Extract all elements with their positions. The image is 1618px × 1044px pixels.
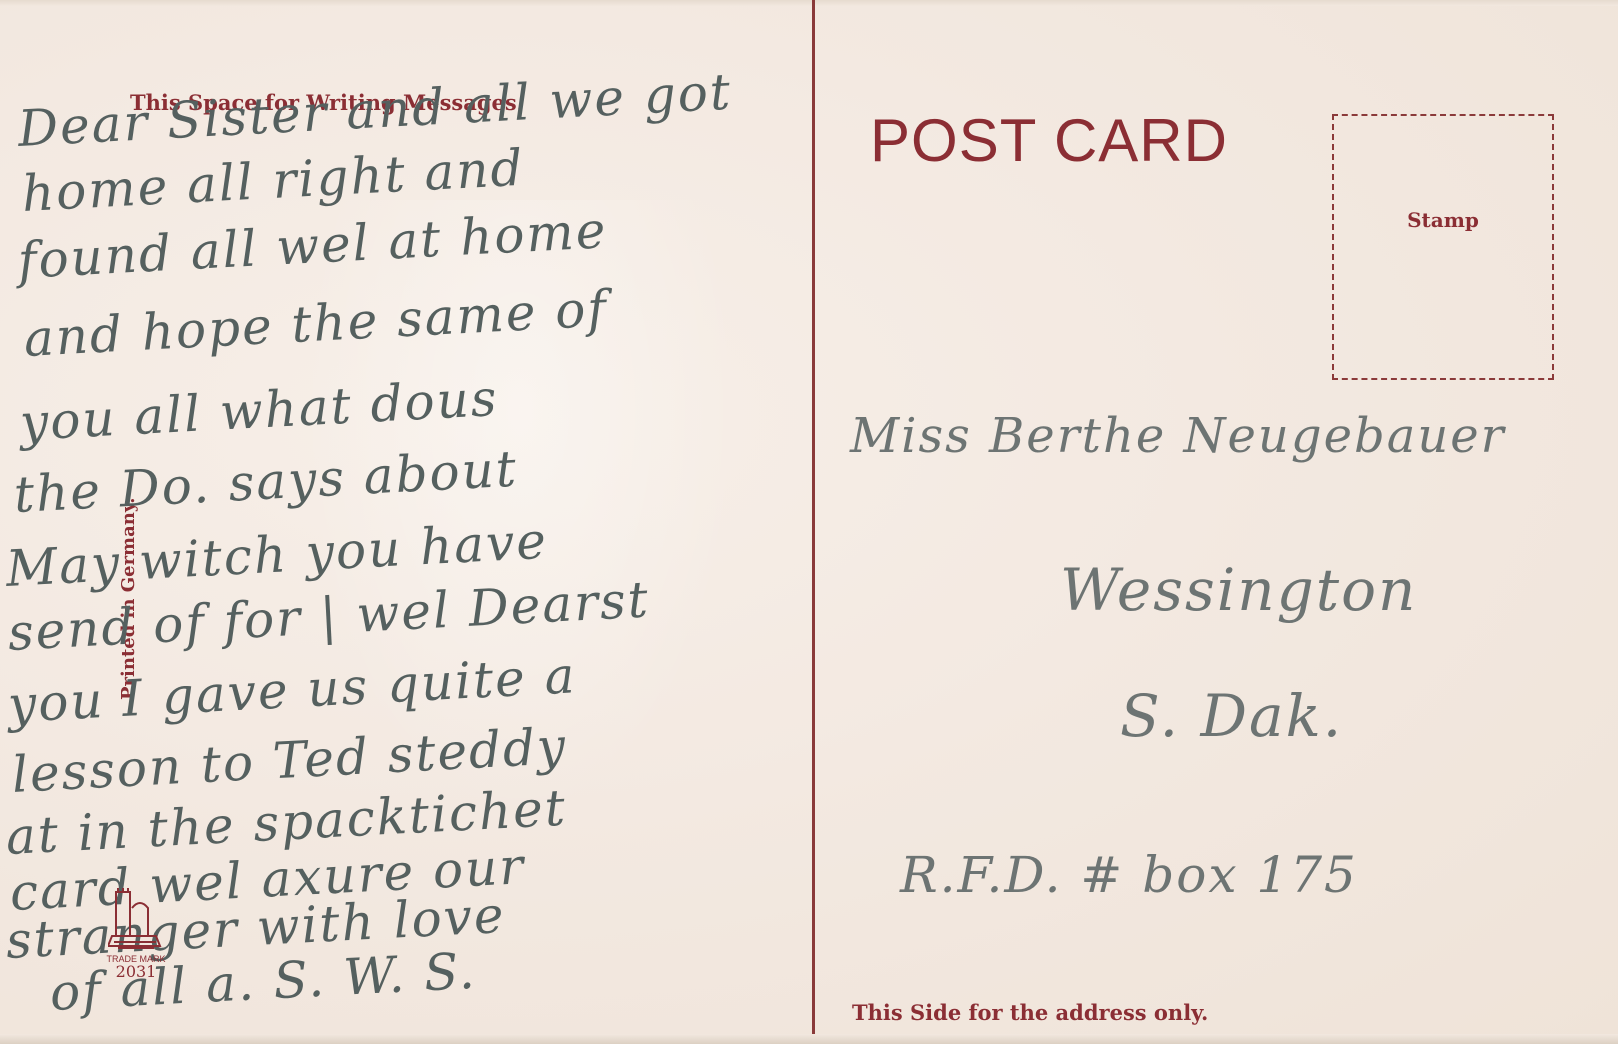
- stamp-label: Stamp: [1334, 208, 1552, 232]
- card-top-edge: [0, 0, 1618, 6]
- message-line: and hope the same of: [22, 279, 609, 368]
- postcard-back: This Space for Writing Messages. Printed…: [0, 0, 1618, 1044]
- address-side-label: This Side for the address only.: [852, 1000, 1208, 1025]
- center-divider-line: [812, 0, 815, 1044]
- card-bottom-edge: [0, 1034, 1618, 1044]
- trademark-number: 2031: [104, 964, 168, 980]
- castle-tower-icon: [108, 886, 164, 956]
- address-recipient: Miss Berthe Neugebauer: [850, 408, 1506, 464]
- message-line: you all what dous: [18, 369, 499, 452]
- post-card-title: POST CARD: [870, 106, 1228, 175]
- message-line: Dear Sister and all we got: [16, 63, 733, 158]
- stamp-box: Stamp: [1332, 114, 1554, 380]
- address-state: S. Dak.: [1120, 682, 1343, 750]
- message-line: the Do. says about: [12, 440, 519, 524]
- address-town: Wessington: [1060, 556, 1417, 624]
- trademark-logo: TRADE MARK 2031: [104, 886, 168, 996]
- address-rfd-box: R.F.D. # box 175: [900, 846, 1358, 904]
